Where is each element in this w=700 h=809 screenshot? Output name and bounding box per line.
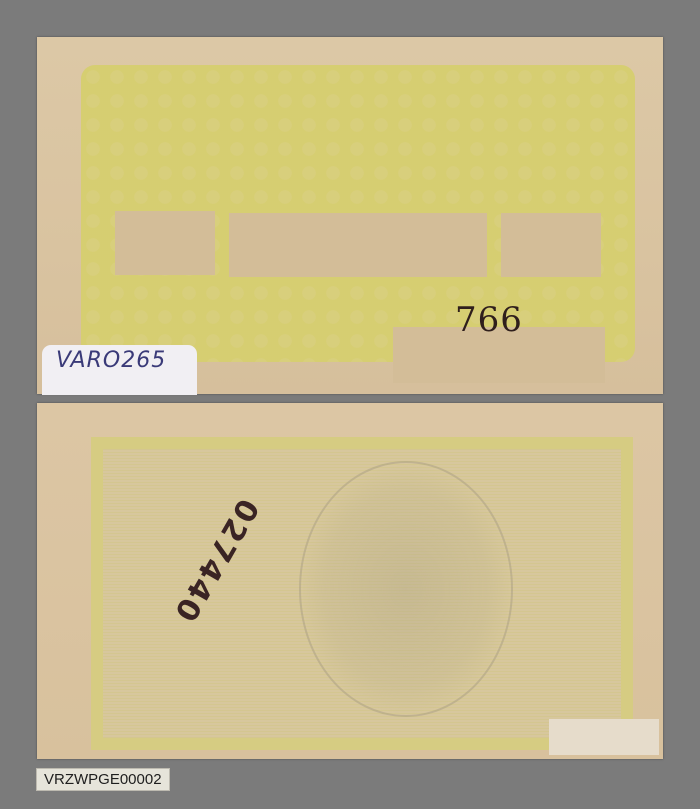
paper-repair-patch xyxy=(549,719,659,755)
printed-frame xyxy=(81,65,635,362)
panel xyxy=(115,211,215,275)
sticker-text: VARO265 xyxy=(56,348,166,373)
emblem-medallion xyxy=(299,461,513,717)
banknote-back: 027440 xyxy=(37,403,663,759)
catalog-label: VRZWPGE00002 xyxy=(36,768,170,791)
banknote-front: 766 xyxy=(37,37,663,394)
inventory-sticker: VARO265 xyxy=(42,345,197,395)
panel xyxy=(229,213,487,277)
serial-number: 766 xyxy=(455,300,523,340)
panel xyxy=(501,213,601,277)
printed-frame xyxy=(91,437,633,750)
